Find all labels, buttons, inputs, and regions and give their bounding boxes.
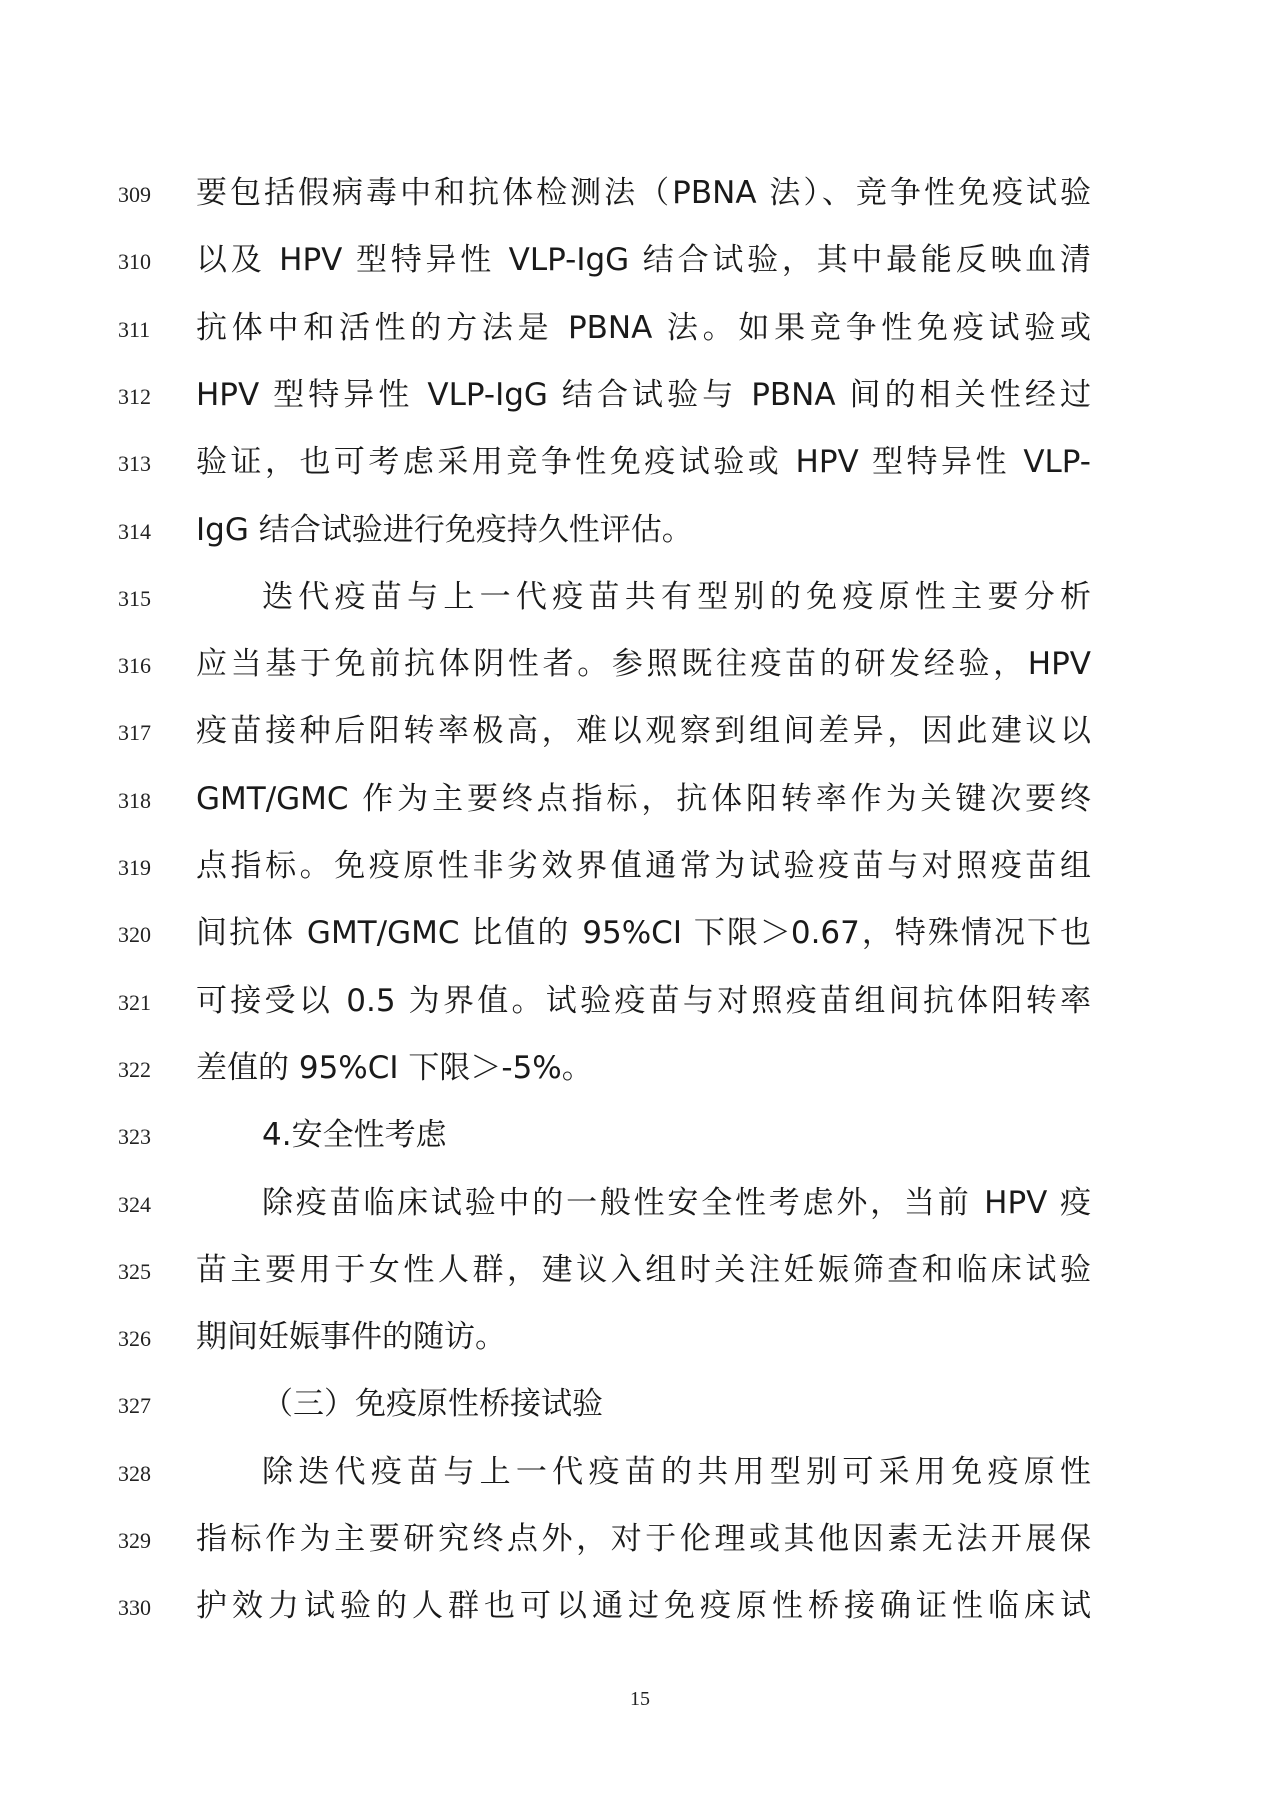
page-number: 15 — [0, 1688, 1280, 1711]
line-number: 322 — [118, 1057, 151, 1083]
line-number: 310 — [118, 249, 151, 275]
text-line: 326期间妊娠事件的随访。 — [0, 1312, 1280, 1362]
document-page: 309要包括假病毒中和抗体检测法（PBNA 法）、竞争性免疫试验310以及 HP… — [0, 0, 1280, 1811]
line-number: 314 — [118, 519, 151, 545]
line-text: HPV 型特异性 VLP-IgG 结合试验与 PBNA 间的相关性经过 — [196, 370, 1091, 420]
text-line: 330护效力试验的人群也可以通过免疫原性桥接确证性临床试 — [0, 1581, 1280, 1631]
text-line: 310以及 HPV 型特异性 VLP-IgG 结合试验，其中最能反映血清 — [0, 235, 1280, 285]
line-number: 311 — [118, 317, 150, 343]
line-number: 309 — [118, 182, 151, 208]
text-line: 320间抗体 GMT/GMC 比值的 95%CI 下限＞0.67，特殊情况下也 — [0, 908, 1280, 958]
line-number: 320 — [118, 922, 151, 948]
line-text: 护效力试验的人群也可以通过免疫原性桥接确证性临床试 — [196, 1581, 1091, 1631]
line-text: 要包括假病毒中和抗体检测法（PBNA 法）、竞争性免疫试验 — [196, 168, 1091, 218]
text-line: 329指标作为主要研究终点外，对于伦理或其他因素无法开展保 — [0, 1514, 1280, 1564]
line-text: 苗主要用于女性人群，建议入组时关注妊娠筛查和临床试验 — [196, 1245, 1091, 1295]
line-number: 329 — [118, 1528, 151, 1554]
text-line: 311抗体中和活性的方法是 PBNA 法。如果竞争性免疫试验或 — [0, 303, 1280, 353]
line-number: 330 — [118, 1595, 151, 1621]
line-number: 313 — [118, 451, 151, 477]
text-line: 312HPV 型特异性 VLP-IgG 结合试验与 PBNA 间的相关性经过 — [0, 370, 1280, 420]
line-text: 间抗体 GMT/GMC 比值的 95%CI 下限＞0.67，特殊情况下也 — [196, 908, 1091, 958]
text-line: 309要包括假病毒中和抗体检测法（PBNA 法）、竞争性免疫试验 — [0, 168, 1280, 218]
line-text: 点指标。免疫原性非劣效界值通常为试验疫苗与对照疫苗组 — [196, 841, 1091, 891]
line-number: 318 — [118, 788, 151, 814]
line-text: 除疫苗临床试验中的一般性安全性考虑外，当前 HPV 疫 — [262, 1178, 1091, 1228]
text-line: 3234.安全性考虑 — [0, 1110, 1280, 1160]
text-line: 322差值的 95%CI 下限＞-5%。 — [0, 1043, 1280, 1093]
line-text: 疫苗接种后阳转率极高，难以观察到组间差异，因此建议以 — [196, 706, 1091, 756]
line-number: 328 — [118, 1461, 151, 1487]
line-text: 抗体中和活性的方法是 PBNA 法。如果竞争性免疫试验或 — [196, 303, 1091, 353]
line-number: 325 — [118, 1259, 151, 1285]
line-number: 323 — [118, 1124, 151, 1150]
text-line: 317疫苗接种后阳转率极高，难以观察到组间差异，因此建议以 — [0, 706, 1280, 756]
text-line: 318GMT/GMC 作为主要终点指标，抗体阳转率作为关键次要终 — [0, 774, 1280, 824]
line-number: 317 — [118, 720, 151, 746]
line-number: 321 — [118, 990, 151, 1016]
line-text: 迭代疫苗与上一代疫苗共有型别的免疫原性主要分析 — [262, 572, 1091, 622]
text-line: 328除迭代疫苗与上一代疫苗的共用型别可采用免疫原性 — [0, 1447, 1280, 1497]
text-line: 327（三）免疫原性桥接试验 — [0, 1379, 1280, 1429]
line-text: 4.安全性考虑 — [262, 1110, 1091, 1160]
line-number: 312 — [118, 384, 151, 410]
line-number: 315 — [118, 586, 151, 612]
text-line: 325苗主要用于女性人群，建议入组时关注妊娠筛查和临床试验 — [0, 1245, 1280, 1295]
line-text: GMT/GMC 作为主要终点指标，抗体阳转率作为关键次要终 — [196, 774, 1091, 824]
text-line: 314IgG 结合试验进行免疫持久性评估。 — [0, 505, 1280, 555]
text-line: 313验证，也可考虑采用竞争性免疫试验或 HPV 型特异性 VLP- — [0, 437, 1280, 487]
text-line: 319点指标。免疫原性非劣效界值通常为试验疫苗与对照疫苗组 — [0, 841, 1280, 891]
line-number: 324 — [118, 1192, 151, 1218]
line-text: （三）免疫原性桥接试验 — [262, 1379, 1091, 1429]
text-line: 324除疫苗临床试验中的一般性安全性考虑外，当前 HPV 疫 — [0, 1178, 1280, 1228]
text-line: 316应当基于免前抗体阴性者。参照既往疫苗的研发经验，HPV — [0, 639, 1280, 689]
line-text: 期间妊娠事件的随访。 — [196, 1312, 1091, 1362]
line-number: 326 — [118, 1326, 151, 1352]
line-text: 指标作为主要研究终点外，对于伦理或其他因素无法开展保 — [196, 1514, 1091, 1564]
line-number: 327 — [118, 1393, 151, 1419]
line-text: 可接受以 0.5 为界值。试验疫苗与对照疫苗组间抗体阳转率 — [196, 976, 1091, 1026]
text-line: 321可接受以 0.5 为界值。试验疫苗与对照疫苗组间抗体阳转率 — [0, 976, 1280, 1026]
line-text: 以及 HPV 型特异性 VLP-IgG 结合试验，其中最能反映血清 — [196, 235, 1091, 285]
line-text: 差值的 95%CI 下限＞-5%。 — [196, 1043, 1091, 1093]
line-number: 319 — [118, 855, 151, 881]
line-text: 应当基于免前抗体阴性者。参照既往疫苗的研发经验，HPV — [196, 639, 1091, 689]
line-text: IgG 结合试验进行免疫持久性评估。 — [196, 505, 1091, 555]
text-line: 315迭代疫苗与上一代疫苗共有型别的免疫原性主要分析 — [0, 572, 1280, 622]
line-text: 验证，也可考虑采用竞争性免疫试验或 HPV 型特异性 VLP- — [196, 437, 1091, 487]
line-text: 除迭代疫苗与上一代疫苗的共用型别可采用免疫原性 — [262, 1447, 1091, 1497]
line-number: 316 — [118, 653, 151, 679]
